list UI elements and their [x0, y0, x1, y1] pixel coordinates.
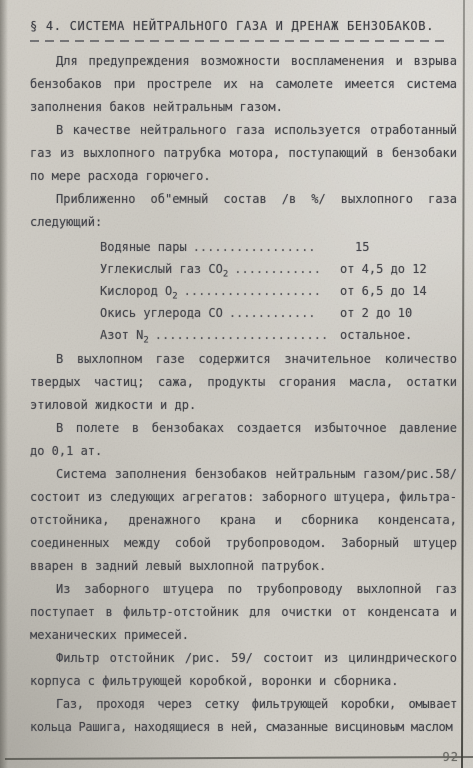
gas-value: 15: [340, 236, 369, 258]
dot-leader: ............: [234, 262, 321, 276]
paragraph-raschig-rings: Газ, проходя через сетку фильтрующей кор…: [30, 693, 457, 739]
paragraph-solid-particles: В выхлопном газе содержится значительное…: [30, 348, 457, 417]
gas-label: Азот N: [100, 328, 143, 342]
gas-label: Углекислый газ СО: [100, 262, 223, 276]
bottom-border-line: [5, 756, 473, 760]
paragraph-system-units: Система заполнения бензобаков нейтральны…: [30, 463, 457, 578]
gas-formula-subscript: 2: [143, 335, 148, 345]
gas-row-nitrogen: Азот N2........................остальное…: [100, 324, 457, 346]
section-heading: § 4. СИСТЕМА НЕЙТРАЛЬНОГО ГАЗА И ДРЕНАЖ …: [30, 16, 457, 36]
page-number: 92: [443, 750, 459, 764]
dot-leader: ........................: [155, 328, 328, 342]
scanned-manual-page: § 4. СИСТЕМА НЕЙТРАЛЬНОГО ГАЗА И ДРЕНАЖ …: [0, 0, 473, 768]
paragraph-gas-path: Из заборного штуцера по трубопроводу вых…: [30, 578, 457, 647]
paragraph-gas-source: В качестве нейтрального газа используетс…: [30, 119, 457, 188]
gas-value: от 6,5 до 14: [340, 280, 427, 302]
gas-formula-subscript: 2: [172, 291, 177, 301]
left-edge-shadow: [0, 0, 8, 768]
gas-value: остальное.: [340, 324, 412, 346]
heading-dashed-underline: [30, 40, 444, 42]
gas-row-co: Окись углерода СО............от 2 до 10: [100, 302, 457, 324]
paragraph-excess-pressure: В полете в бензобаках создается избыточн…: [30, 417, 457, 463]
paragraph-intro: Для предупреждения возможности воспламен…: [30, 50, 457, 119]
gas-row-co2: Углекислый газ СО2............от 4,5 до …: [100, 258, 457, 280]
gas-value: от 2 до 10: [340, 302, 412, 324]
gas-label: Водяные пары: [100, 240, 187, 254]
gas-composition-list: Водяные пары.................15 Углекисл…: [100, 236, 457, 346]
right-border-line: [461, 0, 465, 768]
dot-leader: ............: [229, 306, 316, 320]
gas-formula-subscript: 2: [223, 269, 228, 279]
paragraph-composition-lead: Приближенно об"емный состав /в %/ выхлоп…: [30, 188, 457, 234]
dot-leader: .................: [193, 240, 316, 254]
gas-row-water-vapor: Водяные пары.................15: [100, 236, 457, 258]
gas-value: от 4,5 до 12: [340, 258, 427, 280]
paragraph-filter-design: Фильтр отстойник /рис. 59/ состоит из ци…: [30, 647, 457, 693]
gas-row-oxygen: Кислород О2...................от 6,5 до …: [100, 280, 457, 302]
dot-leader: ...................: [184, 284, 321, 298]
gas-label: Кислород О: [100, 284, 172, 298]
gas-label: Окись углерода СО: [100, 306, 223, 320]
page-text-block: § 4. СИСТЕМА НЕЙТРАЛЬНОГО ГАЗА И ДРЕНАЖ …: [30, 16, 457, 739]
